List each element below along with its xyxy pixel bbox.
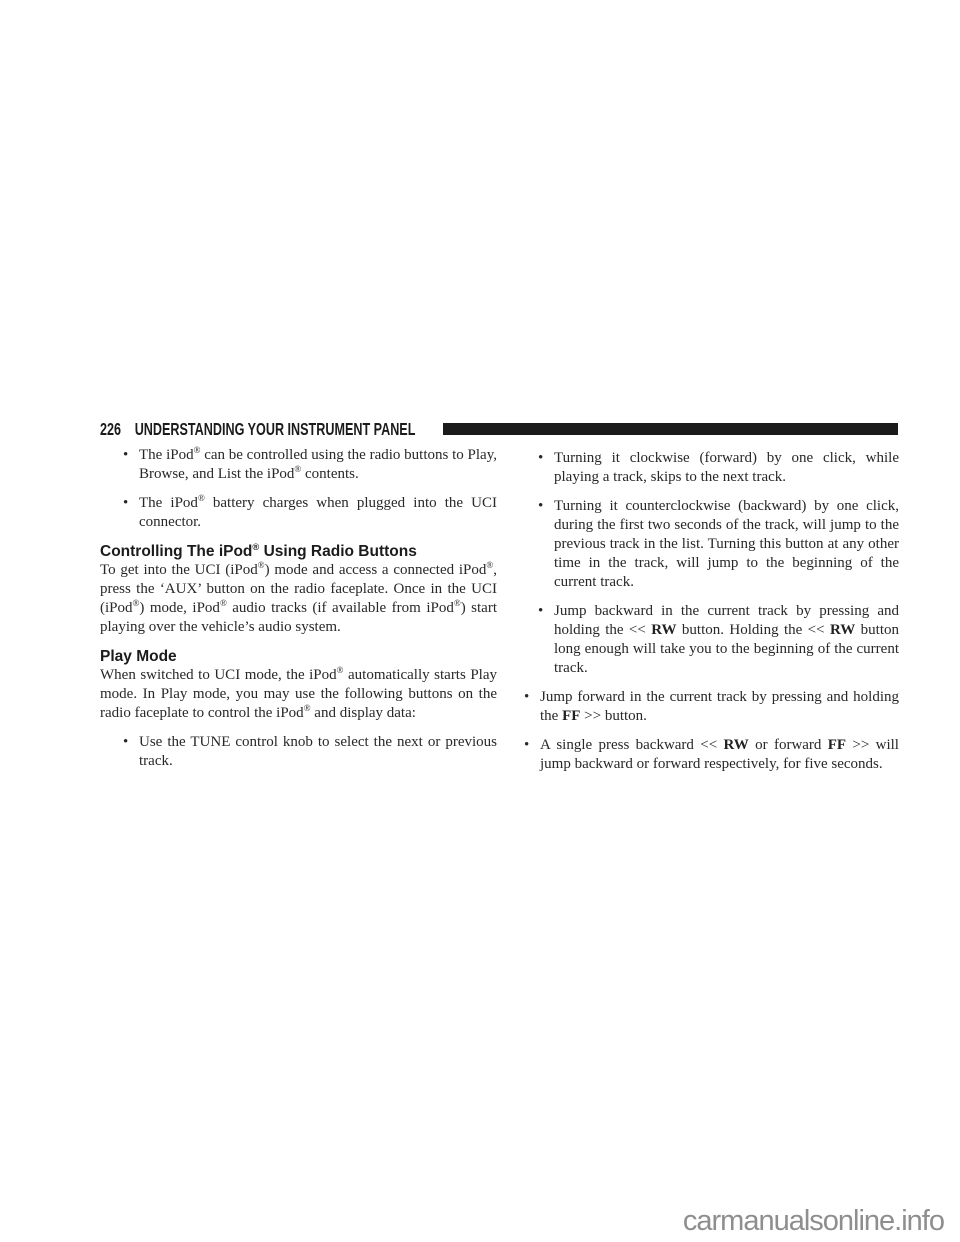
list-item-text: Turning it clockwise (forward) by one cl…: [554, 450, 899, 485]
track-controls-list: Jump forward in the current track by pre…: [523, 688, 899, 774]
ipod-info-list: The iPod® can be controlled using the ra…: [122, 446, 497, 532]
page-header: 226UNDERSTANDING YOUR INSTRUMENT PANEL: [100, 420, 898, 440]
right-column: Turning it clockwise (forward) by one cl…: [523, 449, 899, 784]
list-item: The iPod® can be controlled using the ra…: [122, 446, 497, 484]
watermark: carmanualsonline.info: [683, 1205, 944, 1238]
section-body-play-mode: When switched to UCI mode, the iPod® aut…: [100, 666, 497, 723]
list-item-text: Jump forward in the current track by pre…: [540, 689, 899, 724]
header-title: UNDERSTANDING YOUR INSTRUMENT PANEL: [135, 419, 416, 439]
list-item: Jump backward in the current track by pr…: [537, 602, 899, 678]
list-item: Turning it counterclockwise (backward) b…: [537, 497, 899, 592]
text-segment: A single press backward <<: [540, 737, 724, 753]
list-item: The iPod® battery charges when plugged i…: [122, 494, 497, 532]
rw-button-label: RW: [651, 622, 676, 638]
rw-button-label: RW: [830, 622, 855, 638]
list-item: Use the TUNE control knob to select the …: [122, 733, 497, 771]
list-item-text: The iPod® can be controlled using the ra…: [139, 447, 497, 482]
header-rule-bar: [443, 423, 898, 435]
rw-button-label: RW: [724, 737, 749, 753]
list-item: Turning it clockwise (forward) by one cl…: [537, 449, 899, 487]
tune-knob-sublist: Turning it clockwise (forward) by one cl…: [537, 449, 899, 678]
list-item-text: Use the TUNE control knob to select the …: [139, 734, 497, 769]
section-heading-play-mode: Play Mode: [100, 647, 497, 666]
section-heading-controlling-ipod: Controlling The iPod® Using Radio Button…: [100, 542, 497, 561]
list-item-text: Turning it counterclockwise (backward) b…: [554, 498, 899, 590]
list-item-text: A single press backward << RW or forward…: [540, 737, 899, 772]
left-column: The iPod® can be controlled using the ra…: [100, 446, 497, 781]
manual-page: 226UNDERSTANDING YOUR INSTRUMENT PANEL T…: [0, 0, 960, 1242]
list-item: A single press backward << RW or forward…: [523, 736, 899, 774]
text-segment: button. Holding the <<: [677, 622, 830, 638]
ff-button-label: FF: [828, 737, 846, 753]
text-segment: >> button.: [580, 708, 647, 724]
list-item-text: The iPod® battery charges when plugged i…: [139, 495, 497, 530]
list-item: Jump forward in the current track by pre…: [523, 688, 899, 726]
play-mode-list: Use the TUNE control knob to select the …: [122, 733, 497, 771]
section-body-controlling-ipod: To get into the UCI (iPod®) mode and acc…: [100, 561, 497, 637]
text-segment: or forward: [749, 737, 828, 753]
list-item-text: Jump backward in the current track by pr…: [554, 603, 899, 676]
header-text: 226UNDERSTANDING YOUR INSTRUMENT PANEL: [100, 420, 415, 438]
ff-button-label: FF: [562, 708, 580, 724]
page-number: 226: [100, 419, 121, 439]
